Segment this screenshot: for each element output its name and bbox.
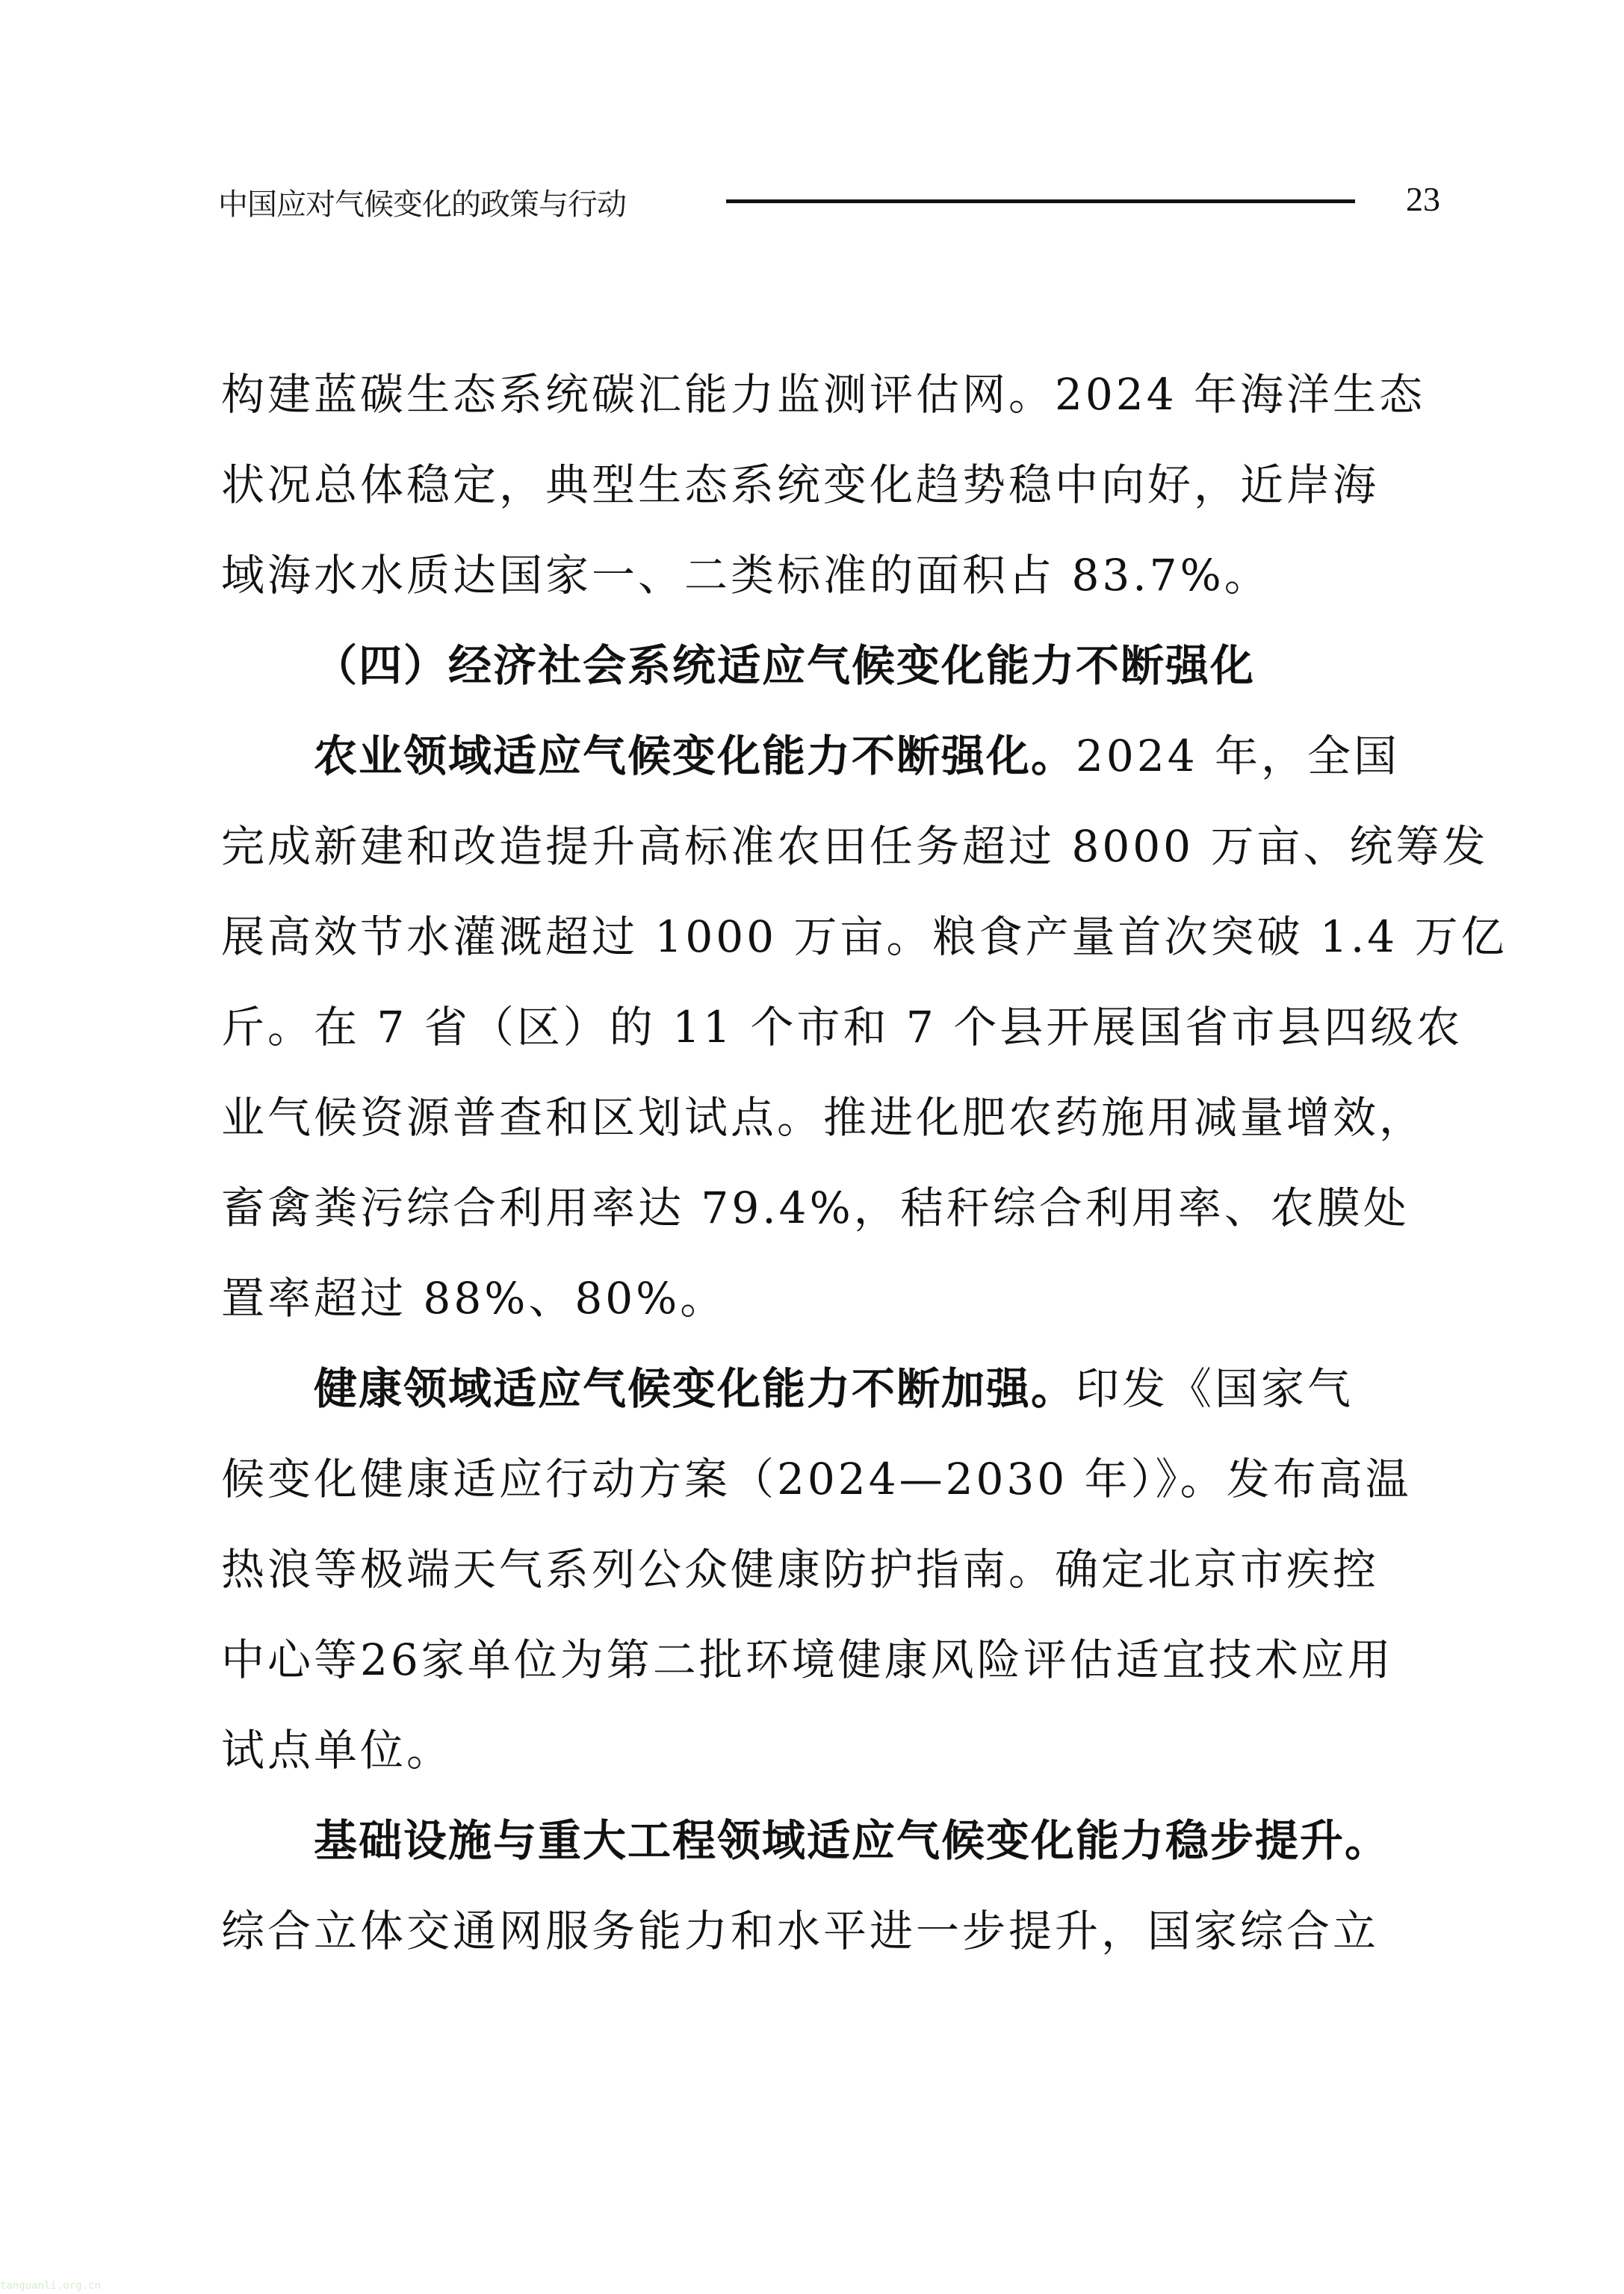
page-number: 23 <box>1406 179 1440 219</box>
paragraph-line: 完成新建和改造提升高标准农田任务超过 8000 万亩、统筹发 <box>221 802 1416 892</box>
paragraph-line: 置率超过 88%、80%。 <box>221 1253 1416 1344</box>
body-text: 构建蓝碳生态系统碳汇能力监测评估网。2024 年海洋生态 状况总体稳定，典型生态… <box>221 350 1416 1977</box>
paragraph-line: 业气候资源普查和区划试点。推进化肥农药施用减量增效， <box>221 1073 1416 1163</box>
paragraph-line: 试点单位。 <box>221 1705 1416 1796</box>
paragraph-line: 综合立体交通网服务能力和水平进一步提升，国家综合立 <box>221 1886 1416 1977</box>
health-paragraph-first-line: 健康领域适应气候变化能力不断加强。印发《国家气 <box>221 1344 1416 1434</box>
header-rule-divider <box>726 199 1355 203</box>
paragraph-line: 域海水水质达国家一、二类标准的面积占 83.7%。 <box>221 530 1416 621</box>
agriculture-paragraph-first-line: 农业领域适应气候变化能力不断强化。2024 年，全国 <box>221 711 1416 802</box>
paragraph-line: 畜禽粪污综合利用率达 79.4%，秸秆综合利用率、农膜处 <box>221 1163 1416 1253</box>
paragraph-text: 2024 年，全国 <box>1076 731 1400 781</box>
paragraph-line: 斤。在 7 省（区）的 11 个市和 7 个县开展国省市县四级农 <box>221 982 1416 1073</box>
running-title: 中国应对气候变化的政策与行动 <box>218 181 626 223</box>
agriculture-lead-sentence: 农业领域适应气候变化能力不断强化。 <box>314 731 1076 781</box>
paragraph-line: 中心等26家单位为第二批环境健康风险评估适宜技术应用 <box>221 1615 1416 1705</box>
paragraph-text: 印发《国家气 <box>1076 1363 1354 1414</box>
paragraph-line: 展高效节水灌溉超过 1000 万亩。粮食产量首次突破 1.4 万亿 <box>221 892 1416 982</box>
watermark: tanguanli.org.cn <box>0 2280 101 2292</box>
health-lead-sentence: 健康领域适应气候变化能力不断加强。 <box>314 1363 1076 1414</box>
paragraph-line: 状况总体稳定，典型生态系统变化趋势稳中向好，近岸海 <box>221 440 1416 530</box>
section-heading: （四）经济社会系统适应气候变化能力不断强化 <box>221 621 1416 711</box>
paragraph-line: 热浪等极端天气系列公众健康防护指南。确定北京市疾控 <box>221 1525 1416 1615</box>
infrastructure-paragraph-first-line: 基础设施与重大工程领域适应气候变化能力稳步提升。 <box>221 1796 1416 1886</box>
infrastructure-lead-sentence: 基础设施与重大工程领域适应气候变化能力稳步提升。 <box>314 1815 1389 1866</box>
page-header: 中国应对气候变化的政策与行动 23 <box>218 178 1443 226</box>
paragraph-line: 构建蓝碳生态系统碳汇能力监测评估网。2024 年海洋生态 <box>221 350 1416 440</box>
paragraph-line: 候变化健康适应行动方案（2024—2030 年）》。发布高温 <box>221 1434 1416 1525</box>
